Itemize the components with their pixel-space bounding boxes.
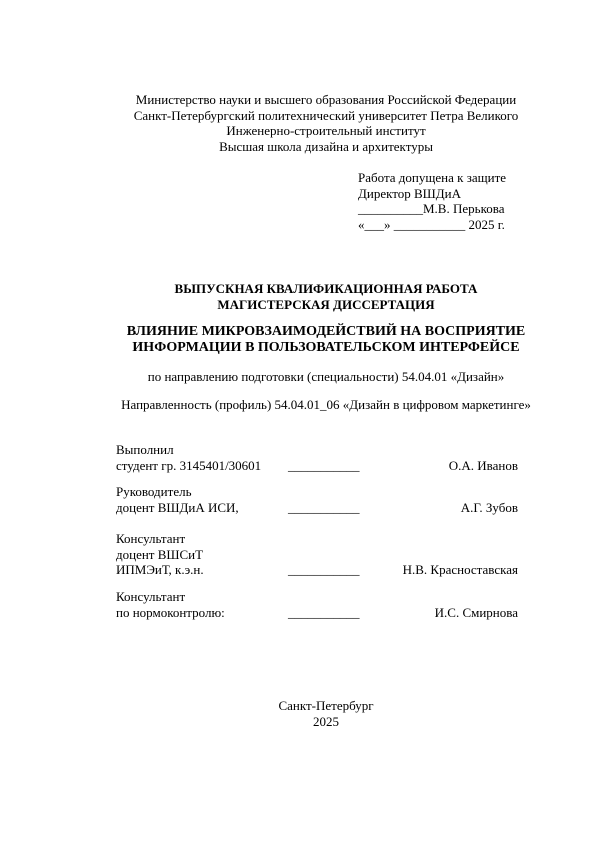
signer-name: О.А. Иванов (449, 458, 518, 474)
work-type-line-2: МАГИСТЕРСКАЯ ДИССЕРТАЦИЯ (0, 297, 595, 313)
approval-block: Работа допущена к защите Директор ВШДиА … (358, 170, 506, 232)
role-line: ИПМЭиТ, к.э.н. (116, 562, 204, 578)
signer-name: А.Г. Зубов (461, 500, 518, 516)
role-line: Руководитель (116, 484, 239, 500)
signature-blank: ___________ (288, 500, 360, 516)
direction-line: по направлению подготовки (специальности… (0, 369, 595, 385)
role-line: Выполнил (116, 442, 261, 458)
signature-blank: ___________ (288, 458, 360, 474)
profile-line: Направленность (профиль) 54.04.01_06 «Ди… (0, 397, 595, 413)
role-line: доцент ВШДиА ИСИ, (116, 500, 239, 516)
footer-year: 2025 (0, 714, 595, 730)
institute-line: Инженерно-строительный институт (0, 123, 595, 139)
role-line: Консультант (116, 531, 204, 547)
work-type-line-1: ВЫПУСКНАЯ КВАЛИФИКАЦИОННАЯ РАБОТА (0, 281, 595, 297)
approval-date: «___» ___________ 2025 г. (358, 217, 506, 233)
signature-role-supervisor: Руководитель доцент ВШДиА ИСИ, (116, 484, 239, 515)
footer-city: Санкт-Петербург (0, 698, 595, 714)
university-line: Санкт-Петербургский политехнический унив… (0, 108, 595, 124)
topic-line-1: ВЛИЯНИЕ МИКРОВЗАИМОДЕЙСТВИЙ НА ВОСПРИЯТИ… (0, 324, 595, 340)
signature-blank: ___________ (288, 605, 360, 621)
school-line: Высшая школа дизайна и архитектуры (0, 139, 595, 155)
role-line: Консультант (116, 589, 225, 605)
role-line: студент гр. 3145401/30601 (116, 458, 261, 474)
approval-director-title: Директор ВШДиА (358, 186, 506, 202)
topic-line-2: ИНФОРМАЦИИ В ПОЛЬЗОВАТЕЛЬСКОМ ИНТЕРФЕЙСЕ (0, 340, 595, 356)
signature-role-normcontrol: Консультант по нормоконтролю: (116, 589, 225, 620)
role-line: доцент ВШСиТ (116, 547, 204, 563)
role-line: по нормоконтролю: (116, 605, 225, 621)
ministry-line: Министерство науки и высшего образования… (0, 92, 595, 108)
signature-role-consultant: Консультант доцент ВШСиТ ИПМЭиТ, к.э.н. (116, 531, 204, 578)
signature-blank: ___________ (288, 562, 360, 578)
approval-director-signature: __________М.В. Перькова (358, 201, 506, 217)
signer-name: И.С. Смирнова (435, 605, 518, 621)
signature-role-performer: Выполнил студент гр. 3145401/30601 (116, 442, 261, 473)
approval-status: Работа допущена к защите (358, 170, 506, 186)
signer-name: Н.В. Красноставская (403, 562, 518, 578)
